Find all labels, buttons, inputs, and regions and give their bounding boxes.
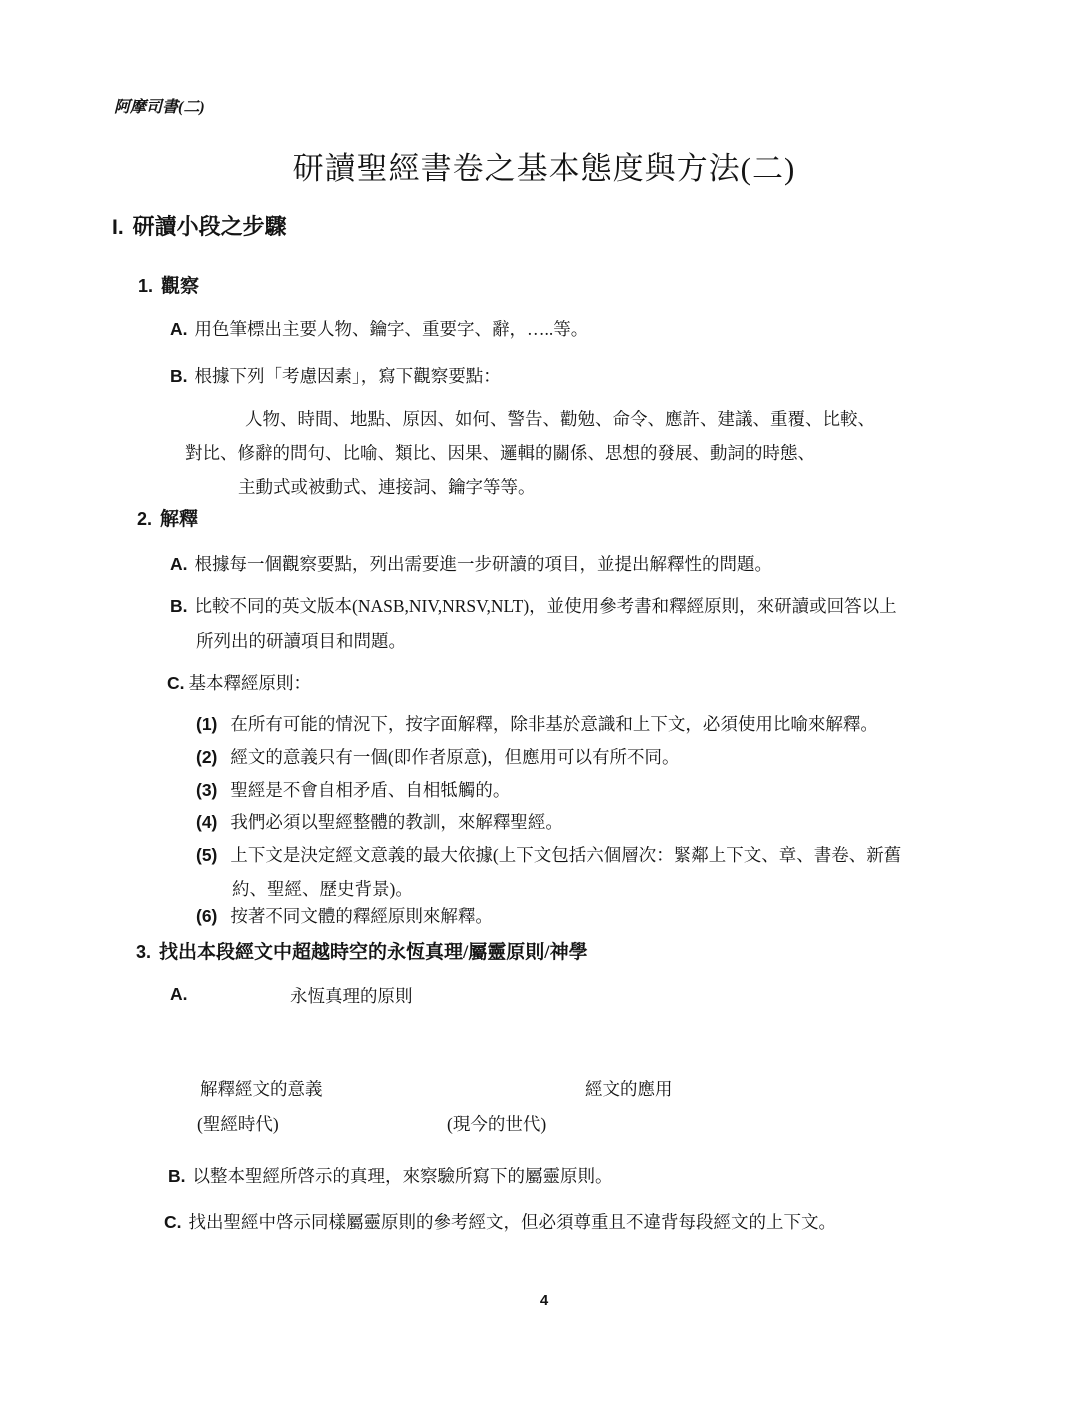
step3-item-c-text: 找出聖經中啓示同樣屬靈原則的參考經文，但必須尊重且不違背每段經文的上下文。: [189, 1212, 837, 1232]
principle-4-text: 我們必須以聖經整體的教訓，來解釋聖經。: [230, 812, 563, 832]
step1-item-b-text: 根據下列「考慮因素」，寫下觀察要點：: [195, 366, 501, 386]
step2-item-a: A.根據每一個觀察要點，列出需要進一步研讀的項目，並提出解釋性的問題。: [170, 554, 772, 576]
step2-item-a-text: 根據每一個觀察要點，列出需要進一步研讀的項目，並提出解釋性的問題。: [195, 554, 773, 574]
step1-heading: 1.觀察: [138, 275, 199, 299]
principle-4: (4)我們必須以聖經整體的教訓，來解釋聖經。: [196, 812, 563, 834]
step1-item-a: A.用色筆標出主要人物、鑰字、重要字、辭，…..等。: [170, 319, 588, 341]
step1-item-a-marker: A.: [170, 319, 188, 339]
section-heading: I.研讀小段之步驟: [112, 213, 287, 241]
diagram-left-heading: 解釋經文的意義: [200, 1079, 323, 1101]
step2-item-b-line2: 所列出的研讀項目和問題。: [196, 631, 406, 653]
diagram-right-heading: 經文的應用: [585, 1079, 673, 1101]
step2-item-c-marker: C.: [167, 673, 185, 693]
step1-title: 觀察: [161, 276, 199, 297]
principle-3: (3)聖經是不會自相矛盾、自相牴觸的。: [196, 780, 510, 802]
principle-1: (1)在所有可能的情況下，按字面解釋，除非基於意識和上下文，必須使用比喻來解釋。: [196, 714, 878, 736]
diagram-left-sub: (聖經時代): [197, 1114, 279, 1136]
step3-number: 3.: [136, 942, 151, 962]
principle-5: (5)上下文是決定經文意義的最大依據(上下文包括六個層次：緊鄰上下文、章、書卷、…: [196, 845, 901, 867]
step2-item-b-marker: B.: [170, 596, 188, 616]
step3-item-b-marker: B.: [168, 1166, 186, 1186]
principle-5-marker: (5): [196, 845, 217, 865]
step1-item-b: B.根據下列「考慮因素」，寫下觀察要點：: [170, 366, 501, 388]
step3-heading: 3.找出本段經文中超越時空的永恆真理/屬靈原則/神學: [136, 941, 588, 965]
diagram-mid-sub: (現今的世代): [447, 1114, 546, 1136]
step3-title: 找出本段經文中超越時空的永恆真理/屬靈原則/神學: [159, 942, 588, 963]
factors-line-3: 主動式或被動式、連接詞、鑰字等等。: [238, 477, 536, 499]
running-header: 阿摩司書(二): [114, 98, 205, 118]
step2-item-b: B.比較不同的英文版本(NASB,NIV,NRSV,NLT)，並使用參考書和釋經…: [170, 596, 897, 618]
principle-2: (2)經文的意義只有一個(即作者原意)，但應用可以有所不同。: [196, 747, 680, 769]
step3-item-b-text: 以整本聖經所啓示的真理，來察驗所寫下的屬靈原則。: [193, 1166, 613, 1186]
document-page: 阿摩司書(二) 研讀聖經書卷之基本態度與方法(二) I.研讀小段之步驟 1.觀察…: [0, 0, 1088, 1408]
principle-5-line1: 上下文是決定經文意義的最大依據(上下文包括六個層次：緊鄰上下文、章、書卷、新舊: [230, 845, 901, 865]
principle-6-text: 按著不同文體的釋經原則來解釋。: [230, 906, 493, 926]
principle-4-marker: (4): [196, 812, 217, 832]
principle-2-marker: (2): [196, 747, 217, 767]
step2-item-a-marker: A.: [170, 554, 188, 574]
step2-number: 2.: [137, 509, 152, 529]
principle-2-text: 經文的意義只有一個(即作者原意)，但應用可以有所不同。: [230, 747, 679, 767]
factors-line-1: 人物、時間、地點、原因、如何、警告、勸勉、命令、應許、建議、重覆、比較、: [245, 409, 875, 431]
principle-6-marker: (6): [196, 906, 217, 926]
step1-number: 1.: [138, 276, 153, 296]
step2-title: 解釋: [160, 509, 198, 530]
page-number: 4: [0, 1292, 1088, 1309]
page-title: 研讀聖經書卷之基本態度與方法(二): [0, 143, 1088, 188]
step3-item-c: C.找出聖經中啓示同樣屬靈原則的參考經文，但必須尊重且不違背每段經文的上下文。: [164, 1212, 836, 1234]
step3-item-a-marker-label: A.: [170, 984, 188, 1004]
principle-3-text: 聖經是不會自相矛盾、自相牴觸的。: [230, 780, 510, 800]
section-title: 研讀小段之步驟: [133, 214, 287, 239]
step2-item-c: C.基本釋經原則：: [167, 673, 311, 695]
step3-item-a-label: 永恆真理的原則: [290, 986, 413, 1008]
principle-1-marker: (1): [196, 714, 217, 734]
section-marker: I.: [112, 216, 124, 239]
principle-1-text: 在所有可能的情況下，按字面解釋，除非基於意識和上下文，必須使用比喻來解釋。: [230, 714, 878, 734]
principle-3-marker: (3): [196, 780, 217, 800]
step2-heading: 2.解釋: [137, 508, 198, 532]
step2-item-b-line1: 比較不同的英文版本(NASB,NIV,NRSV,NLT)，並使用參考書和釋經原則…: [195, 596, 897, 616]
factors-line-2: 對比、修辭的問句、比喻、類比、因果、邏輯的關係、思想的發展、動詞的時態、: [185, 443, 815, 465]
principle-6: (6)按著不同文體的釋經原則來解釋。: [196, 906, 493, 928]
step1-item-a-text: 用色筆標出主要人物、鑰字、重要字、辭，…..等。: [195, 319, 589, 339]
step1-item-b-marker: B.: [170, 366, 188, 386]
principle-5-line2: 約、聖經、歷史背景)。: [232, 879, 413, 901]
step2-item-c-text: 基本釋經原則：: [189, 673, 312, 693]
step3-item-a-marker: A.: [170, 984, 195, 1006]
step3-item-c-marker: C.: [164, 1212, 182, 1232]
step3-item-b: B.以整本聖經所啓示的真理，來察驗所寫下的屬靈原則。: [168, 1166, 613, 1188]
